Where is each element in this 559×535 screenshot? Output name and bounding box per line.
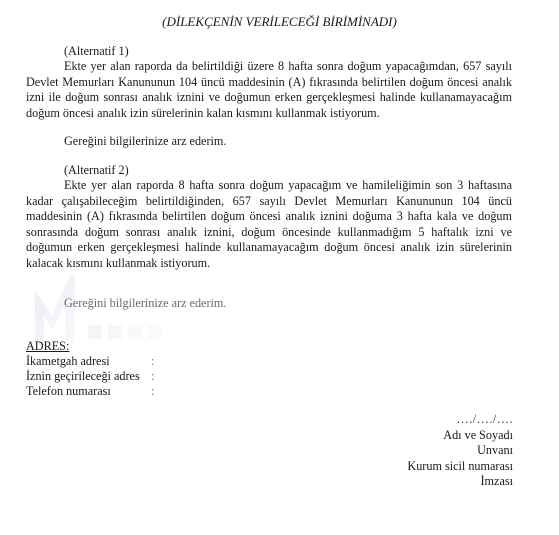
signature-line: İmzası [407,474,513,490]
alternative-2: (Alternatif 2) Ekte yer alan raporda 8 h… [26,163,512,271]
address-field: İkametgah adresi : [26,354,154,369]
alternative-label: (Alternatif 1) [26,44,512,59]
signature-line: Adı ve Soyadı [407,428,513,444]
closing-line: Gereğini bilgilerinize arz ederim. [26,134,550,149]
address-heading: ADRES: [26,339,154,354]
closing-line: Gereğini bilgilerinize arz ederim. [26,296,550,311]
address-section: ADRES: İkametgah adresi : İznin geçirile… [26,339,154,399]
signature-line: Kurum sicil numarası [407,459,513,475]
address-field: İznin geçirileceği adres : [26,369,154,384]
signature-line: Unvanı [407,443,513,459]
document-title: (DİLEKÇENİN VERİLECEĞİ BİRİMİNADI) [0,14,559,30]
alternative-label: (Alternatif 2) [26,163,512,178]
address-field: Telefon numarası : [26,384,154,399]
date-placeholder: …./…./…. [407,412,513,428]
alternative-paragraph: Ekte yer alan raporda 8 hafta sonra doğu… [26,178,512,271]
signature-block: …./…./…. Adı ve Soyadı Unvanı Kurum sici… [407,412,513,490]
alternative-paragraph: Ekte yer alan raporda da belirtildiği üz… [26,59,512,121]
alternative-1: (Alternatif 1) Ekte yer alan raporda da … [26,44,512,121]
